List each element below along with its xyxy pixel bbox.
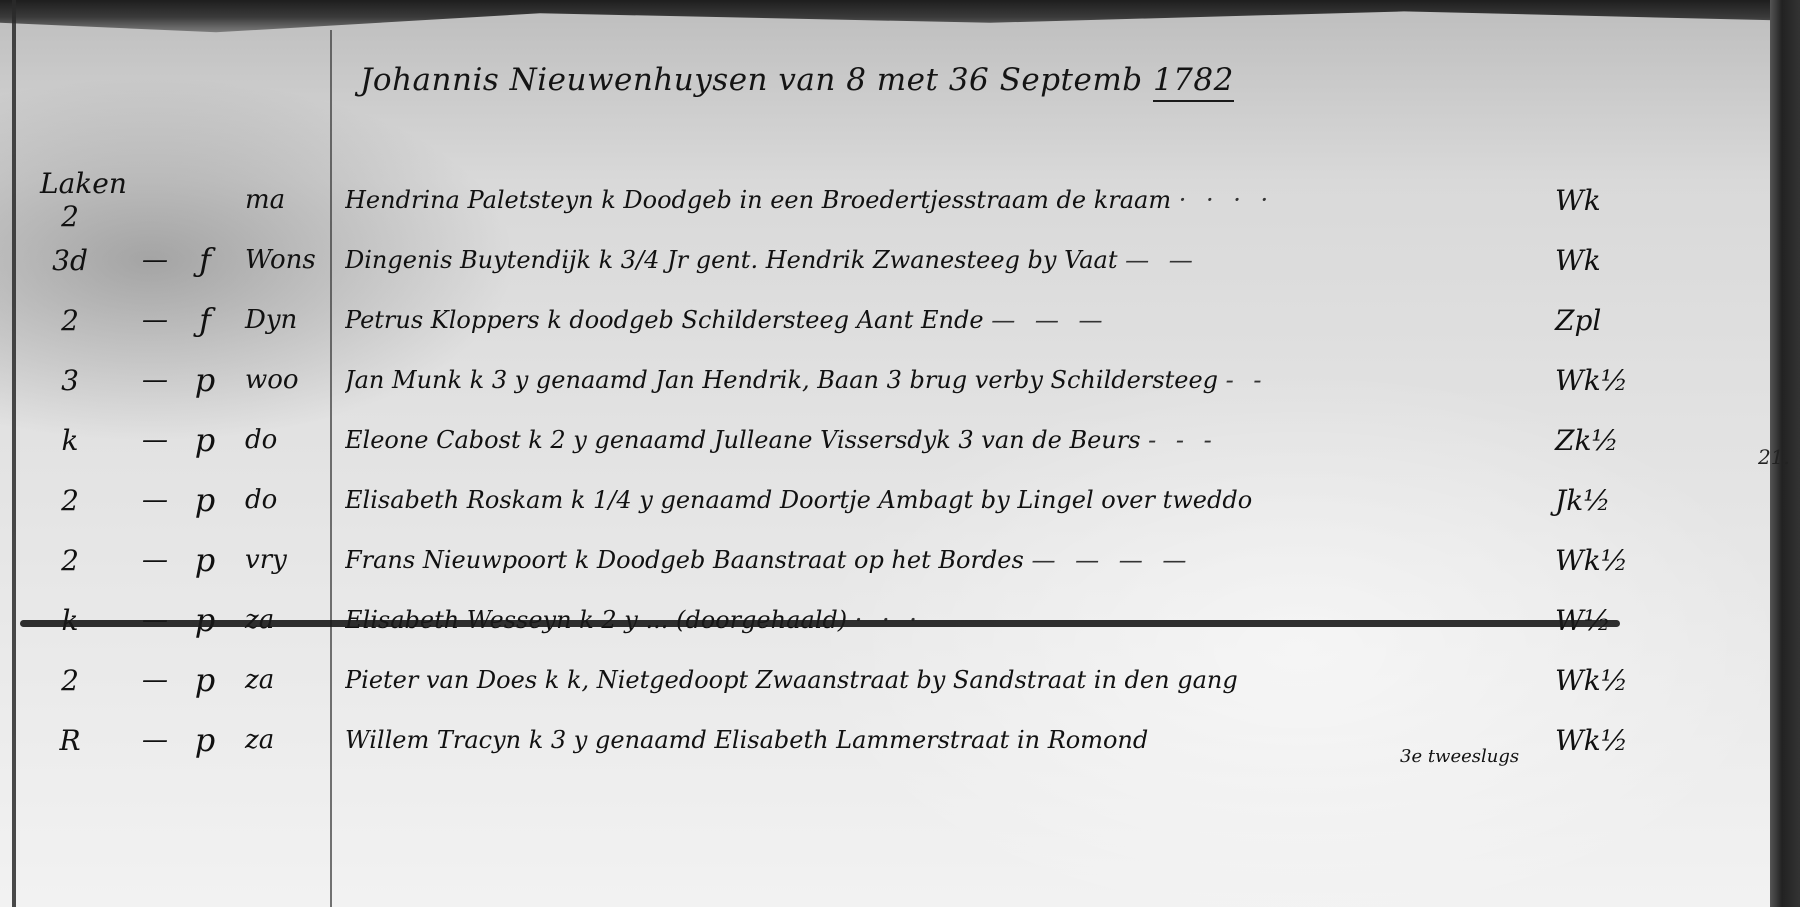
row-fee: Wk½ (1555, 664, 1635, 697)
row-count: R (40, 724, 100, 757)
row-day: vry (245, 545, 325, 575)
row-mark: p (180, 541, 230, 579)
row-day: za (245, 605, 325, 635)
row-mark: p (180, 481, 230, 519)
ledger-row-7: 2 — p vry Frans Nieuwpoort k Doodgeb Baa… (0, 530, 1770, 590)
heading-period: van 8 met 36 Septemb (778, 62, 1142, 98)
row-day: woo (245, 365, 325, 395)
row-fee: Wk½ (1555, 364, 1635, 397)
ledger-row-9: 2 — p za Pieter van Does k k, Nietgedoop… (0, 650, 1770, 710)
row-entry: Willem Tracyn k 3 y genaamd Elisabeth La… (345, 726, 1515, 754)
row-dash: — (125, 425, 185, 455)
row-count: 2 (40, 484, 100, 517)
row-count: 3 (40, 364, 100, 397)
row-entry: Dingenis Buytendijk k 3/4 Jr gent. Hendr… (345, 246, 1515, 274)
row-dash: — (125, 245, 185, 275)
row-entry: Jan Munk k 3 y genaamd Jan Hendrik, Baan… (345, 366, 1515, 394)
heading-year: 1782 (1153, 62, 1234, 102)
row-dash: — (125, 305, 185, 335)
page-heading: Johannis Nieuwenhuysen van 8 met 36 Sept… (360, 62, 1234, 98)
row-entry: Hendrina Paletsteyn k Doodgeb in een Bro… (345, 186, 1515, 214)
row-count: 2 (40, 664, 100, 697)
row-fee: Wk (1555, 244, 1635, 277)
ledger-row-6: 2 — p do Elisabeth Roskam k 1/4 y genaam… (0, 470, 1770, 530)
row-dash: — (125, 725, 185, 755)
row-count: 2 (40, 544, 100, 577)
row-day: do (245, 425, 325, 455)
row-mark: p (180, 601, 230, 639)
row-day: za (245, 725, 325, 755)
row-mark: p (180, 721, 230, 759)
row-entry: Pieter van Does k k, Nietgedoopt Zwaanst… (345, 666, 1515, 694)
ledger-row-1: Laken 2 ma Hendrina Paletsteyn k Doodgeb… (0, 170, 1770, 230)
row-mark: ƒ (180, 241, 230, 279)
row-dash: — (125, 665, 185, 695)
row-count: k (40, 604, 100, 637)
ledger-row-3: 2 — ƒ Dyn Petrus Kloppers k doodgeb Schi… (0, 290, 1770, 350)
row-dash: — (125, 485, 185, 515)
row-count: k (40, 424, 100, 457)
row-count: 3d (40, 244, 100, 277)
row-fee: W½ (1555, 604, 1635, 637)
row-mark: ƒ (180, 301, 230, 339)
row-day: za (245, 665, 325, 695)
row-day: do (245, 485, 325, 515)
row-sub-note: 3e tweeslugs (1400, 746, 1519, 767)
row-entry: Frans Nieuwpoort k Doodgeb Baanstraat op… (345, 546, 1515, 574)
row-entry: Elisabeth Wesseyn k 2 y ... (doorgehaald… (345, 606, 1515, 634)
row-count: 2 (40, 304, 100, 337)
row-dash: — (125, 365, 185, 395)
row-dash: — (125, 545, 185, 575)
ledger-row-5: k — p do Eleone Cabost k 2 y genaamd Jul… (0, 410, 1770, 470)
row-mark: p (180, 361, 230, 399)
row-count: Laken 2 (40, 167, 100, 233)
row-entry: Elisabeth Roskam k 1/4 y genaamd Doortje… (345, 486, 1515, 514)
row-entry: Petrus Kloppers k doodgeb Schildersteeg … (345, 306, 1515, 334)
row-day: Dyn (245, 305, 325, 335)
row-dash: — (125, 605, 185, 635)
row-fee: Zk½ (1555, 424, 1635, 457)
ledger-row-2: 3d — ƒ Wons Dingenis Buytendijk k 3/4 Jr… (0, 230, 1770, 290)
ledger-row-4: 3 — p woo Jan Munk k 3 y genaamd Jan Hen… (0, 350, 1770, 410)
row-fee: Wk (1555, 184, 1635, 217)
margin-note: 21. (1758, 445, 1790, 469)
heading-name: Johannis Nieuwenhuysen (360, 62, 768, 98)
row-fee: Wk½ (1555, 724, 1635, 757)
ledger-row-10: R — p za Willem Tracyn k 3 y genaamd Eli… (0, 710, 1770, 770)
row-day: ma (245, 185, 325, 215)
row-entry: Eleone Cabost k 2 y genaamd Julleane Vis… (345, 426, 1515, 454)
row-fee: Zpl (1555, 304, 1635, 337)
row-fee: Jk½ (1555, 484, 1635, 517)
row-fee: Wk½ (1555, 544, 1635, 577)
row-mark: p (180, 661, 230, 699)
ledger-row-8-struck: k — p za Elisabeth Wesseyn k 2 y ... (do… (0, 590, 1770, 650)
ledger-table: Laken 2 ma Hendrina Paletsteyn k Doodgeb… (0, 170, 1770, 770)
row-day: Wons (245, 245, 325, 275)
row-mark: p (180, 421, 230, 459)
